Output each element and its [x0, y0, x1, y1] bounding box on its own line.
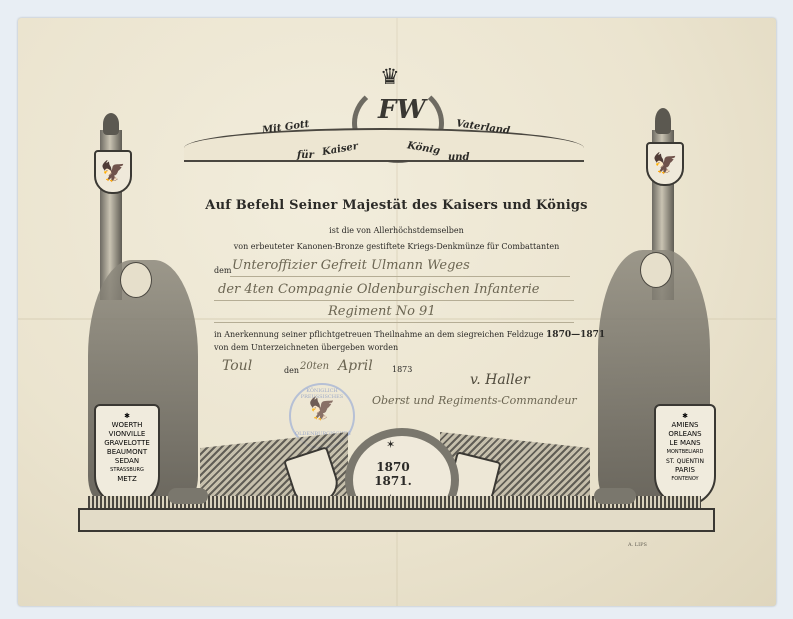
recognition-text: in Anerkennung seiner pflichtgetreuen Th… — [214, 330, 544, 339]
intro-line-1: ist die von Allerhöchstdemselben — [0, 226, 793, 235]
unit-underline-2 — [214, 322, 574, 323]
date-year: 1873 — [392, 365, 412, 374]
monogram-fw-icon: FW — [378, 95, 426, 125]
left-pillar-finial — [103, 113, 119, 135]
star-icon: ✱ — [96, 412, 158, 421]
battle-amiens: AMIENS — [656, 421, 714, 430]
left-cannon — [168, 488, 208, 504]
eagle-icon: 🦅 — [101, 159, 126, 183]
battle-metz: METZ — [96, 475, 158, 484]
recipient-underline — [230, 276, 570, 277]
medallion-year-1871: 1871. — [363, 474, 423, 488]
date-day: 20ten — [300, 361, 329, 372]
campaign-years: 1870—1871 — [546, 330, 605, 340]
right-figure-head — [640, 252, 672, 288]
printer-mark: A. LIPS — [628, 542, 647, 548]
battle-gravelotte: GRAVELOTTE — [96, 439, 158, 448]
recipient-name: Unteroffizier Gefreit Ulmann Weges — [232, 258, 470, 273]
ribbon-text-und: und — [448, 152, 470, 163]
right-pillar-finial — [655, 108, 671, 134]
stamp-top-text: KÖNIGLICH PREUSSISCHES — [291, 388, 353, 400]
battle-beaumont: BEAUMONT — [96, 448, 158, 457]
left-imperial-eagle-shield: 🦅 — [94, 150, 132, 194]
battle-paris: PARIS — [656, 466, 714, 475]
handed-over-line: von dem Unterzeichneten übergeben worden — [214, 343, 398, 352]
battle-fontenoy: FONTENOY — [656, 475, 714, 484]
signatory-title: Oberst und Regiments-Commandeur — [372, 394, 577, 407]
star-icon: ✶ — [386, 438, 395, 451]
stamp-eagle-icon: 🦅 — [291, 399, 353, 421]
eagle-icon: 🦅 — [653, 151, 678, 175]
unit-line-1: der 4ten Compagnie Oldenburgischen Infan… — [218, 282, 539, 297]
signature: v. Haller — [470, 372, 530, 388]
battle-woerth: WOERTH — [96, 421, 158, 430]
ribbon-text-fur: für — [297, 150, 314, 161]
medallion-year-1870: 1870 — [363, 460, 423, 474]
left-battle-shield: ✱ WOERTH VIONVILLE GRAVELOTTE BEAUMONT S… — [94, 404, 160, 506]
right-cannon — [594, 488, 636, 504]
battle-orleans: ORLEANS — [656, 430, 714, 439]
battle-sedan: SEDAN — [96, 457, 158, 466]
recipient-prefix: dem — [214, 266, 231, 275]
right-imperial-eagle-shield: 🦅 — [646, 142, 684, 186]
motto-ribbon — [184, 128, 584, 162]
star-icon: ✱ — [656, 412, 714, 421]
recognition-line: in Anerkennung seiner pflichtgetreuen Th… — [214, 330, 605, 340]
date-month: April — [338, 358, 373, 374]
right-battle-shield: ✱ AMIENS ORLEANS LE MANS MONTBELIARD ST.… — [654, 404, 716, 506]
battle-montbeliard: MONTBELIARD — [656, 448, 714, 457]
plinth-base — [78, 508, 715, 532]
certificate-title: Auf Befehl Seiner Majestät des Kaisers u… — [0, 198, 793, 213]
battle-le-mans: LE MANS — [656, 439, 714, 448]
left-figure-head — [120, 262, 152, 298]
place-name: Toul — [222, 358, 252, 374]
battle-vionville: VIONVILLE — [96, 430, 158, 439]
battle-st-quentin: ST. QUENTIN — [656, 457, 714, 466]
battle-strassburg: STRASSBURG — [96, 466, 158, 475]
date-prefix: den — [284, 366, 299, 375]
intro-line-2: von erbeuteter Kanonen-Bronze gestiftete… — [0, 242, 793, 251]
unit-underline-1 — [214, 300, 574, 301]
unit-line-2: Regiment No 91 — [328, 304, 436, 319]
